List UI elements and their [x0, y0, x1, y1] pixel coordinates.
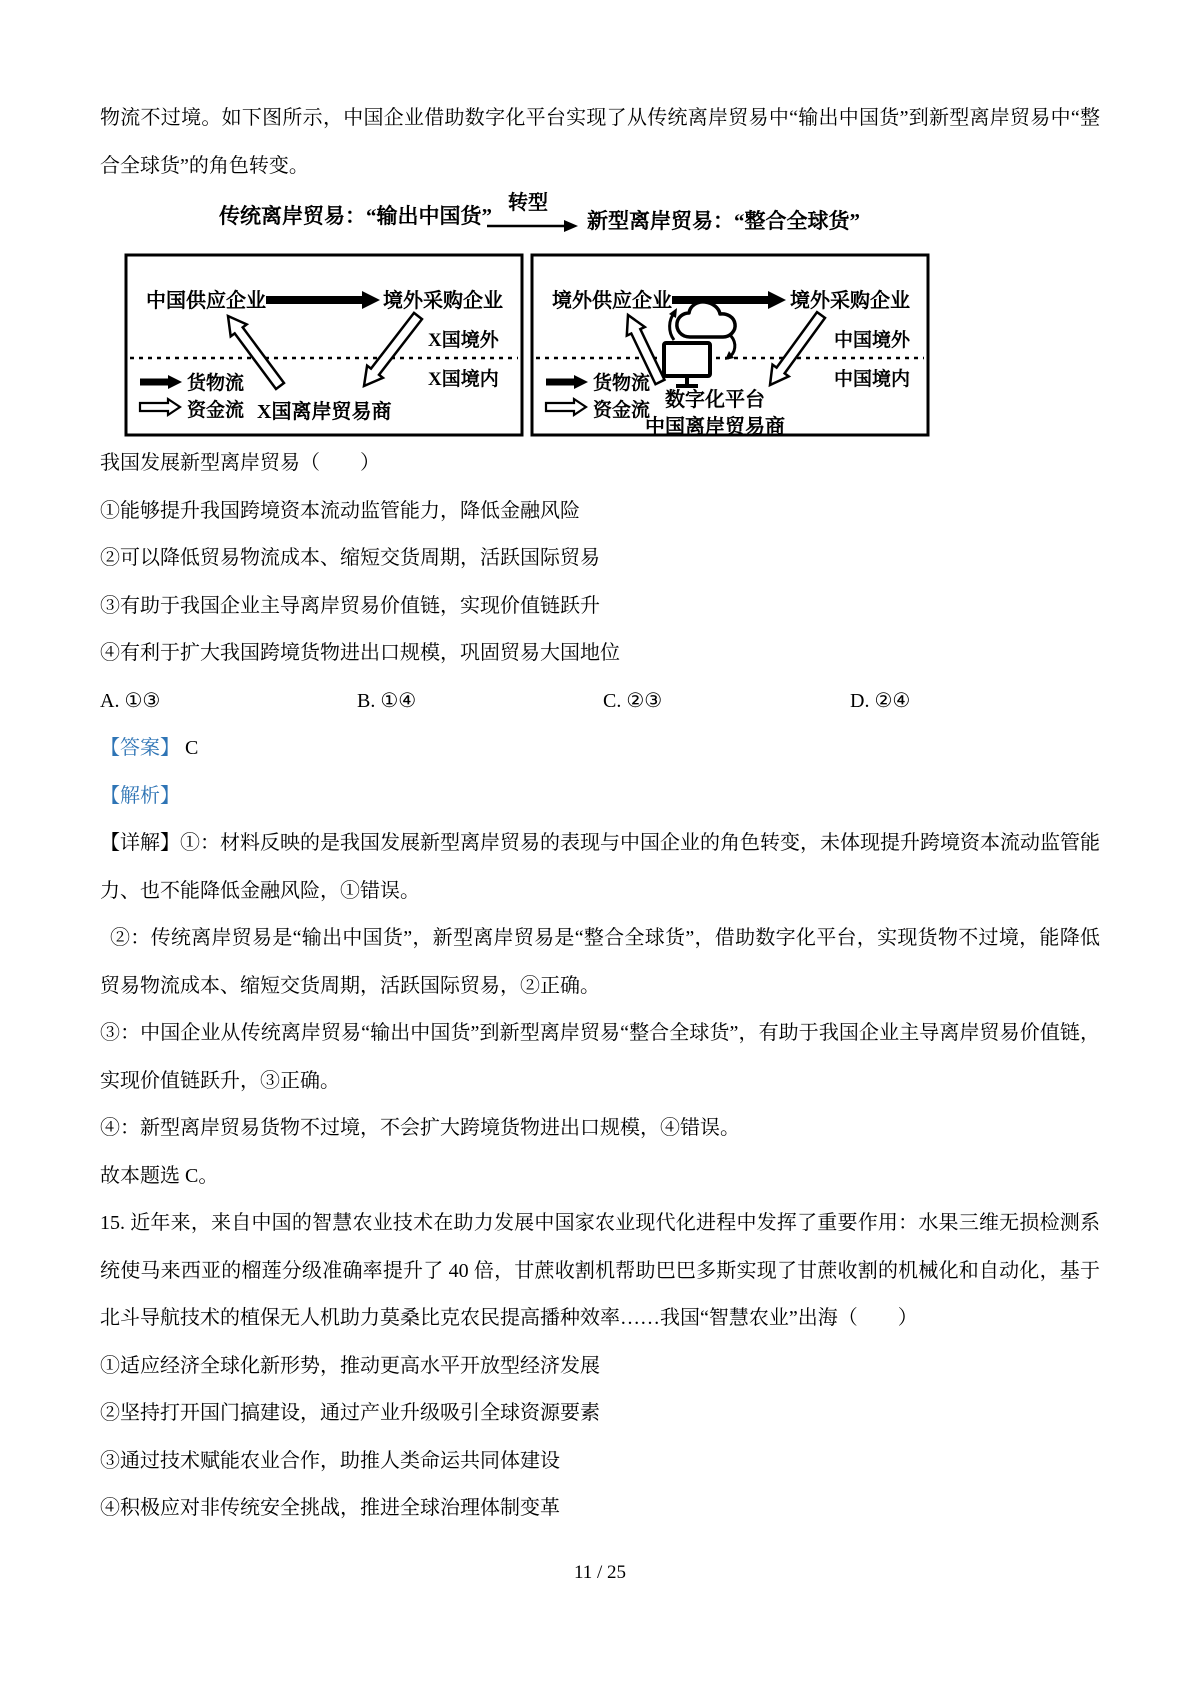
explanation-paragraph-3: ③：中国企业从传统离岸贸易“输出中国货”到新型离岸贸易“整合全球货”，有助于我国…: [100, 1010, 1100, 1105]
explanation-paragraph-4: ④：新型离岸贸易货物不过境，不会扩大跨境货物进出口规模，④错误。: [100, 1105, 1100, 1153]
option-c: C. ②③: [603, 678, 662, 726]
offshore-trade-diagram: 传统离岸贸易：“输出中国货” 转型 新型离岸贸易：“整合全球货” 中国供应企业 …: [80, 190, 1120, 440]
right-funds-arrow-down: [770, 312, 825, 385]
diagram-svg: 传统离岸贸易：“输出中国货” 转型 新型离岸贸易：“整合全球货” 中国供应企业 …: [80, 190, 1120, 440]
answer-label: 【答案】: [100, 737, 180, 759]
q15-item-1: ①适应经济全球化新形势，推动更高水平开放型经济发展: [100, 1343, 1100, 1391]
transform-arrow-label: 转型: [508, 190, 548, 214]
q15-item-3: ③通过技术赋能农业合作，助推人类命运共同体建设: [100, 1438, 1100, 1486]
left-buyer-label: 境外采购企业: [383, 288, 503, 312]
cloud-shape: [677, 302, 735, 337]
right-supplier-label: 境外供应企业: [552, 288, 672, 312]
left-goods-arrow-head: [362, 291, 380, 309]
left-funds-arrow-down: [364, 313, 422, 386]
option-d: D. ②④: [850, 678, 910, 726]
right-platform-label: 数字化平台: [665, 387, 765, 411]
left-legend-goods-arrow-head: [168, 375, 182, 389]
left-legend-funds-arrow: [140, 399, 180, 415]
q15-item-2: ②坚持打开国门搞建设，通过产业升级吸引全球资源要素: [100, 1390, 1100, 1438]
option-b: B. ①④: [357, 678, 416, 726]
transform-arrow-head: [564, 220, 578, 232]
explanation-label: 【详解】: [100, 832, 180, 854]
left-legend-funds-label: 资金流: [187, 398, 244, 421]
cloud-computer-icon: [664, 302, 735, 386]
monitor-screen: [664, 343, 710, 376]
right-legend-goods-label: 货物流: [593, 371, 650, 394]
q14-stem: 我国发展新型离岸贸易（ ）: [100, 440, 1100, 488]
option-a: A. ①③: [100, 678, 160, 726]
q15-item-4: ④积极应对非传统安全挑战，推进全球治理体制变革: [100, 1485, 1100, 1533]
page-number: 11 / 25: [0, 1558, 1200, 1588]
explanation-paragraph-2: ②：传统离岸贸易是“输出中国货”，新型离岸贸易是“整合全球货”，借助数字化平台，…: [100, 915, 1100, 1010]
right-trader-label: 中国离岸贸易商: [645, 414, 785, 438]
answer-line: 【答案】C: [100, 725, 1100, 773]
q14-item-1: ①能够提升我国跨境资本流动监管能力，降低金融风险: [100, 488, 1100, 536]
page-content: 物流不过境。如下图所示，中国企业借助数字化平台实现了从传统离岸贸易中“输出中国货…: [0, 0, 1200, 1533]
analysis-label: 【解析】: [100, 785, 180, 807]
left-trader-label: X国离岸贸易商: [257, 399, 391, 423]
right-legend-funds-arrow: [546, 399, 586, 415]
diagram-title-traditional: 传统离岸贸易：“输出中国货”: [218, 204, 492, 228]
right-buyer-label: 境外采购企业: [790, 288, 910, 312]
explanation-conclusion: 故本题选 C。: [100, 1153, 1100, 1201]
right-region-outside-label: 中国境外: [834, 328, 911, 351]
q14-item-3: ③有助于我国企业主导离岸贸易价值链，实现价值链跃升: [100, 583, 1100, 631]
left-region-outside-label: X国境外: [428, 328, 500, 351]
analysis-line: 【解析】: [100, 773, 1100, 821]
right-region-inside-label: 中国境内: [834, 367, 910, 390]
answer-value: C: [185, 737, 198, 759]
right-legend-goods-arrow-head: [574, 375, 588, 389]
left-supplier-label: 中国供应企业: [146, 288, 266, 312]
diagram-title-new: 新型离岸贸易：“整合全球货”: [587, 209, 860, 233]
left-region-inside-label: X国境内: [428, 367, 499, 390]
explanation-paragraph-1: 【详解】①：材料反映的是我国发展新型离岸贸易的表现与中国企业的角色转变，未体现提…: [100, 820, 1100, 915]
right-goods-arrow-head: [768, 291, 786, 309]
q14-item-2: ②可以降低贸易物流成本、缩短交货周期，活跃国际贸易: [100, 535, 1100, 583]
q14-item-4: ④有利于扩大我国跨境货物进出口规模，巩固贸易大国地位: [100, 630, 1100, 678]
q15-stem: 15. 近年来，来自中国的智慧农业技术在助力发展中国家农业现代化进程中发挥了重要…: [100, 1200, 1100, 1343]
right-legend-funds-label: 资金流: [593, 398, 650, 421]
intro-paragraph: 物流不过境。如下图所示，中国企业借助数字化平台实现了从传统离岸贸易中“输出中国货…: [100, 95, 1100, 190]
q14-options: A. ①③ B. ①④ C. ②③ D. ②④: [100, 678, 1100, 726]
left-legend-goods-label: 货物流: [187, 371, 244, 394]
